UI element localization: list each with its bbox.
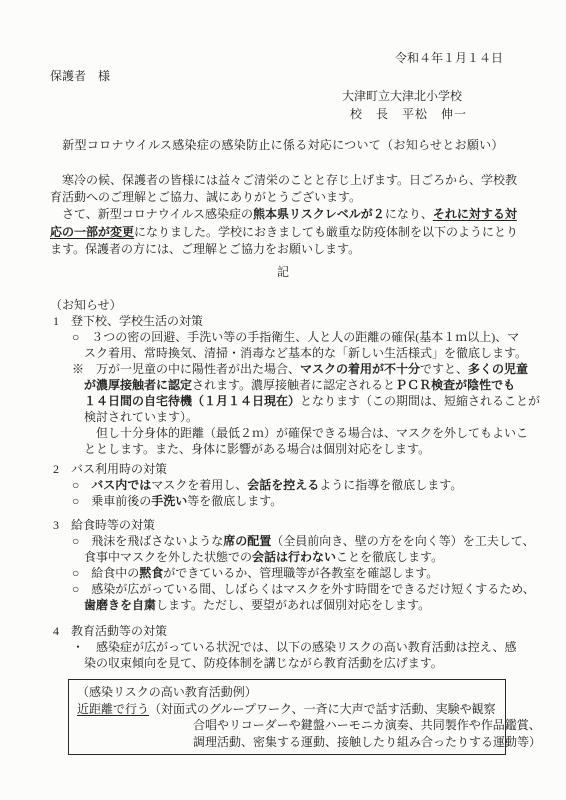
text-line: 調理活動、密集する運動、接触したり組み合ったりする運動等） (77, 734, 497, 751)
text-segment: （対面式のグループワーク、一斉に大声で話す活動、実験や観察 (149, 702, 496, 716)
document-date: 令和４年１月１４日 (0, 0, 566, 68)
text-segment: されます。濃厚接触者に認定されると (192, 378, 395, 392)
text-segment: ※ 万が一児童の中に陽性者が出た場合、 (72, 362, 300, 376)
text-segment: 3 給食時等の対策 (53, 518, 155, 532)
text-line: 食事中マスクを外した状態での会話は行わないことを徹底します。 (50, 549, 550, 565)
text-segment: さて、新型コロナウイルス感染症の (50, 207, 253, 221)
text-segment: （全員前向き、壁の方をを向く等）を工夫して、 (271, 534, 534, 548)
school-name: 大津町立大津北小学校 (0, 90, 566, 106)
principal-name: 校 長 平松 伸一 (0, 108, 566, 124)
text-line: ○ バス内ではマスクを着用し、会話を控えるように指導を徹底します。 (50, 477, 550, 493)
text-line: 寒冷の候、保護者の皆様には益々ご清栄のことと存じ上げます。日ごろから、学校教 (50, 172, 546, 189)
text-segment: ○ ３つの密の回避、手洗い等の手指衛生、人と人の距離の確保(基本１ｍ以上)、マ (72, 330, 519, 344)
text-segment: 黙食 (139, 566, 163, 580)
text-line: 2 バス利用時の対策 (50, 461, 550, 477)
text-segment: が濃厚接触者に認定 (84, 378, 192, 392)
text-line: 歯磨きを自粛します。ただし、要望があれば個別対応をします。 (50, 597, 550, 613)
recipient-line: 保護者 様 (0, 70, 566, 86)
text-segment: 熊本県リスクレベルが２ (253, 207, 385, 221)
text-segment: ことを徹底します。 (336, 550, 443, 564)
text-line: ととします。また、身体に影響がある場合は個別対応をします。 (50, 441, 550, 457)
text-line: ○ ３つの密の回避、手洗い等の手指衛生、人と人の距離の確保(基本１ｍ以上)、マ (50, 329, 550, 345)
text-segment: 席の配置 (223, 534, 271, 548)
text-segment: （感染リスクの高い教育活動例） (77, 685, 257, 699)
text-segment: ・ 感染症が広がっている状況では、以下の感染リスクの高い教育活動は控え、感 (72, 640, 516, 654)
text-segment: になり、 (385, 207, 433, 221)
text-line: ます。保護者の方には、ご理解とご協力をお願いします。 (50, 241, 546, 258)
text-line: スク着用、常時換気、清掃・消毒など基本的な「新しい生活様式」を徹底します。 (50, 345, 550, 361)
text-line: （お知らせ） (50, 297, 550, 313)
text-segment: します。ただし、要望があれば個別対応をします。 (156, 598, 430, 612)
text-line: 但し十分身体的距離（最低２ｍ）が確保できる場合は、マスクを外してもよいこ (50, 425, 550, 441)
text-segment: 2 バス利用時の対策 (53, 462, 167, 476)
text-line: 合唱やリコーダーや鍵盤ハーモニカ演奏、共同製作や作品鑑賞、 (77, 717, 497, 734)
text-segment: （お知らせ） (50, 298, 122, 312)
text-line: 染の収束傾向を見て、防疫体制を講じながら教育活動を広げます。 (50, 655, 550, 671)
text-line: ○ 給食中の黙食ができているか、管理職等が各教室を確認します。 (50, 565, 550, 581)
text-segment: ができているか、管理職等が各教室を確認します。 (163, 566, 438, 580)
greeting-paragraph: 寒冷の候、保護者の皆様には益々ご清栄のことと存じ上げます。日ごろから、学校教育活… (0, 172, 566, 258)
text-segment: ととします。また、身体に影響がある場合は個別対応をします。 (84, 442, 430, 456)
text-segment: 寒冷の候、保護者の皆様には益々ご清栄のことと存じ上げます。日ごろから、学校教 (50, 173, 517, 187)
text-segment: ○ (72, 478, 91, 492)
text-line: ※ 万が一児童の中に陽性者が出た場合、マスクの着用が不十分ですと、多くの児童 (50, 361, 550, 377)
text-segment: ように指導を徹底します。 (319, 478, 462, 492)
text-segment: スク着用、常時換気、清掃・消毒など基本的な「新しい生活様式」を徹底します。 (84, 346, 527, 360)
text-segment: 会話は行わない (252, 550, 336, 564)
text-segment: 4 教育活動等の対策 (53, 624, 167, 638)
text-line: １４日間の自宅待機（１月１４日現在）となります（この期間は、短縮されることが (50, 393, 550, 409)
text-segment: 育活動へのご理解とご協力、誠にありがとうございます。 (50, 190, 361, 204)
text-segment: 会話を控える (247, 478, 319, 492)
text-segment: ○ 給食中の (72, 566, 139, 580)
notice-body: （お知らせ）1 登下校、学校生活の対策○ ３つの密の回避、手洗い等の手指衛生、人… (0, 297, 566, 671)
text-segment: 手洗い (151, 494, 187, 508)
document-page: 令和４年１月１４日 保護者 様 大津町立大津北小学校 校 長 平松 伸一 新型コ… (0, 0, 566, 800)
text-segment: ○ 飛沫を飛ばさないような (72, 534, 223, 548)
text-segment: 合唱やリコーダーや鍵盤ハーモニカ演奏、共同製作や作品鑑賞、 (193, 718, 541, 732)
high-risk-activity-box: （感染リスクの高い教育活動例）近距離で行う（対面式のグループワーク、一斉に大声で… (68, 679, 506, 755)
text-segment: 歯磨きを自粛 (84, 598, 156, 612)
text-segment: になりました。学校におきましても厳重な防疫体制を以下のようにとり (134, 225, 518, 239)
text-line: が濃厚接触者に認定されます。濃厚接触者に認定されるとＰＣＲ検査が陰性でも (50, 377, 550, 393)
text-line: ○ 感染が広がっている間、しばらくはマスクを外す時間をできるだけ短くするため、 (50, 581, 550, 597)
text-line: 育活動へのご理解とご協力、誠にありがとうございます。 (50, 189, 546, 206)
text-line: 4 教育活動等の対策 (50, 623, 550, 639)
text-segment: 調理活動、密集する運動、接触したり組み合ったりする運動等） (193, 735, 541, 749)
text-segment: マスクを着用し、 (151, 478, 247, 492)
text-segment: 検討されています）。 (84, 410, 198, 424)
text-segment: バス内では (91, 478, 151, 492)
text-segment: となります（この期間は、短縮されることが (300, 394, 540, 408)
text-segment: それに対する対 (433, 207, 517, 221)
text-segment: 多くの児童 (468, 362, 528, 376)
text-segment: 応の一部が変更 (50, 225, 134, 239)
text-line: さて、新型コロナウイルス感染症の熊本県リスクレベルが２になり、それに対する対 (50, 206, 546, 223)
text-segment: ですと、 (420, 362, 468, 376)
text-segment: ○ 感染が広がっている間、しばらくはマスクを外す時間をできるだけ短くするため、 (72, 582, 535, 596)
text-line: （感染リスクの高い教育活動例） (77, 684, 497, 701)
text-segment: ＰＣＲ検査が陰性でも (395, 378, 515, 392)
text-line: 応の一部が変更になりました。学校におきましても厳重な防疫体制を以下のようにとり (50, 224, 546, 241)
text-line: 近距離で行う（対面式のグループワーク、一斉に大声で話す活動、実験や観察 (77, 701, 497, 718)
text-segment: ○ 乗車前後の (72, 494, 151, 508)
text-segment: 等を徹底します。 (187, 494, 282, 508)
text-segment: 1 登下校、学校生活の対策 (53, 314, 203, 328)
ki-marker: 記 (0, 265, 566, 281)
text-segment: 染の収束傾向を見て、防疫体制を講じながら教育活動を広げます。 (84, 656, 443, 670)
document-title: 新型コロナウイルス感染症の感染防止に係る対応について（お知らせとお願い） (0, 138, 566, 154)
text-segment: 但し十分身体的距離（最低２ｍ）が確保できる場合は、マスクを外してもよいこ (96, 426, 528, 440)
text-segment: 食事中マスクを外した状態での (84, 550, 252, 564)
text-segment: 近距離で行う (77, 702, 149, 716)
text-line: 検討されています）。 (50, 409, 550, 425)
text-line: 1 登下校、学校生活の対策 (50, 313, 550, 329)
text-line: ・ 感染症が広がっている状況では、以下の感染リスクの高い教育活動は控え、感 (50, 639, 550, 655)
text-line: 3 給食時等の対策 (50, 517, 550, 533)
text-segment: ます。保護者の方には、ご理解とご協力をお願いします。 (50, 242, 360, 256)
text-line: ○ 飛沫を飛ばさないような席の配置（全員前向き、壁の方をを向く等）を工夫して、 (50, 533, 550, 549)
text-line: ○ 乗車前後の手洗い等を徹底します。 (50, 493, 550, 509)
text-segment: マスクの着用が不十分 (300, 362, 420, 376)
text-segment: １４日間の自宅待機（１月１４日現在） (84, 394, 300, 408)
